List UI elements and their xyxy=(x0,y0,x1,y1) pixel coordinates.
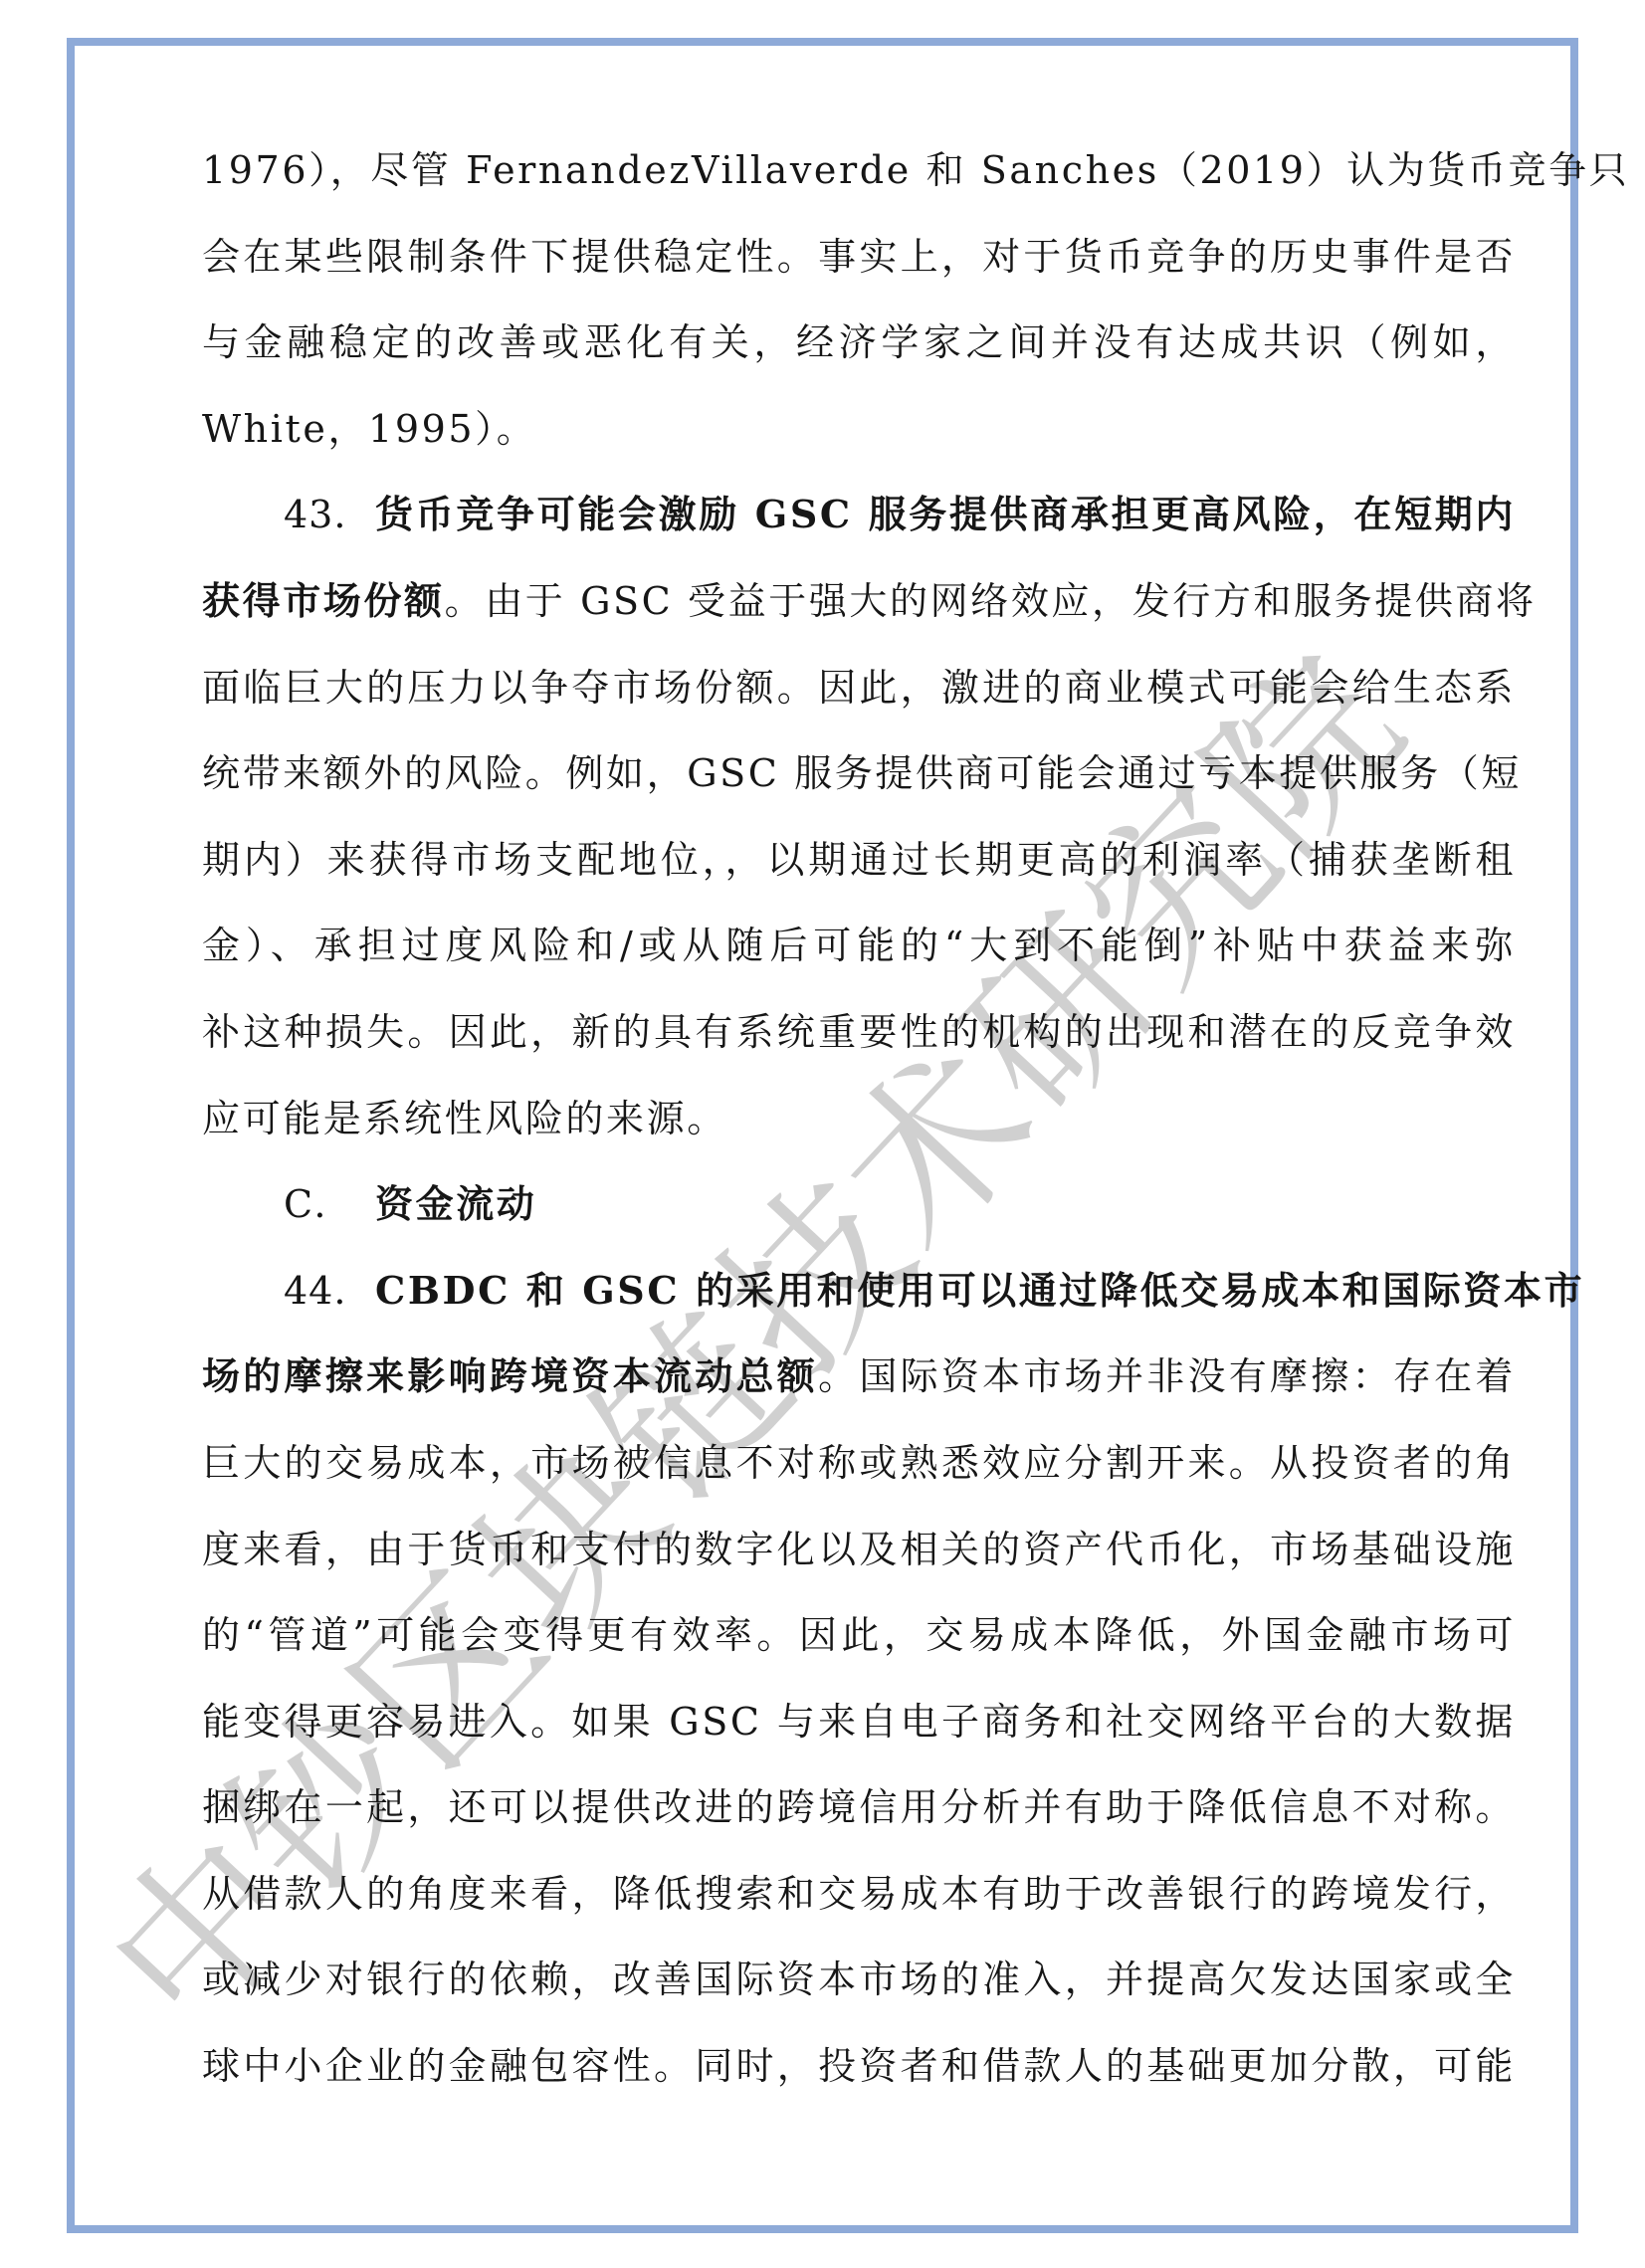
body-text: 。由于 GSC 受益于强大的网络效应，发行方和服务提供商将 xyxy=(445,579,1537,623)
text-line: 或减少对银行的依赖，改善国际资本市场的准入，并提高欠发达国家或全 xyxy=(202,1937,1516,2023)
bold-lead-text: 获得市场份额 xyxy=(202,578,445,623)
text-line: 球中小企业的金融包容性。同时，投资者和借款人的基础更加分散，可能 xyxy=(202,2023,1516,2110)
text-line: 统带来额外的风险。例如，GSC 服务提供商可能会通过亏本提供服务（短 xyxy=(202,730,1516,817)
section-title: 资金流动 xyxy=(375,1181,536,1226)
bold-lead-text: 货币竞争可能会激励 GSC 服务提供商承担更高风险，在短期内 xyxy=(375,492,1516,536)
section-heading: C.资金流动 xyxy=(202,1161,1516,1248)
bold-lead-text: 场的摩擦来影响跨境资本流动总额 xyxy=(202,1353,818,1398)
bold-lead-text: CBDC 和 GSC 的采用和使用可以通过降低交易成本和国际资本市 xyxy=(375,1268,1584,1313)
text-line: 补这种损失。因此，新的具有系统重要性的机构的出现和潜在的反竞争效 xyxy=(202,989,1516,1076)
paragraph-number: 43. xyxy=(284,472,375,558)
text-line: 期内）来获得市场支配地位，，以期通过长期更高的利润率（捕获垄断租 xyxy=(202,817,1516,904)
text-line: 捆绑在一起，还可以提供改进的跨境信用分析并有助于降低信息不对称。 xyxy=(202,1764,1516,1851)
text-line: 场的摩擦来影响跨境资本流动总额。国际资本市场并非没有摩擦：存在着 xyxy=(202,1334,1516,1420)
text-line: 的“管道”可能会变得更有效率。因此，交易成本降低，外国金融市场可 xyxy=(202,1592,1516,1679)
text-line: 面临巨大的压力以争夺市场份额。因此，激进的商业模式可能会给生态系 xyxy=(202,645,1516,731)
text-line: 应可能是系统性风险的来源。 xyxy=(202,1076,1516,1162)
text-line: 度来看，由于货币和支付的数字化以及相关的资产代币化，市场基础设施 xyxy=(202,1507,1516,1593)
document-body: 1976），尽管 FernandezVillaverde 和 Sanches（2… xyxy=(202,127,1516,2110)
paragraph-44-heading-line: 44.CBDC 和 GSC 的采用和使用可以通过降低交易成本和国际资本市 xyxy=(202,1248,1516,1335)
text-line: 获得市场份额。由于 GSC 受益于强大的网络效应，发行方和服务提供商将 xyxy=(202,558,1516,645)
text-line: 金）、承担过度风险和/或从随后可能的“大到不能倒”补贴中获益来弥 xyxy=(202,903,1516,989)
section-letter: C. xyxy=(284,1161,375,1248)
body-text: 。国际资本市场并非没有摩擦：存在着 xyxy=(818,1354,1516,1398)
text-line: 能变得更容易进入。如果 GSC 与来自电子商务和社交网络平台的大数据 xyxy=(202,1679,1516,1765)
text-line: 1976），尽管 FernandezVillaverde 和 Sanches（2… xyxy=(202,127,1516,214)
text-line: 会在某些限制条件下提供稳定性。事实上，对于货币竞争的历史事件是否 xyxy=(202,214,1516,301)
text-line: 与金融稳定的改善或恶化有关，经济学家之间并没有达成共识（例如， xyxy=(202,300,1516,386)
paragraph-43-heading-line: 43.货币竞争可能会激励 GSC 服务提供商承担更高风险，在短期内 xyxy=(202,472,1516,558)
text-line: 从借款人的角度来看，降低搜索和交易成本有助于改善银行的跨境发行， xyxy=(202,1851,1516,1938)
text-line: 巨大的交易成本，市场被信息不对称或熟悉效应分割开来。从投资者的角 xyxy=(202,1420,1516,1507)
paragraph-number: 44. xyxy=(284,1248,375,1335)
text-line: White，1995）。 xyxy=(202,386,1516,473)
